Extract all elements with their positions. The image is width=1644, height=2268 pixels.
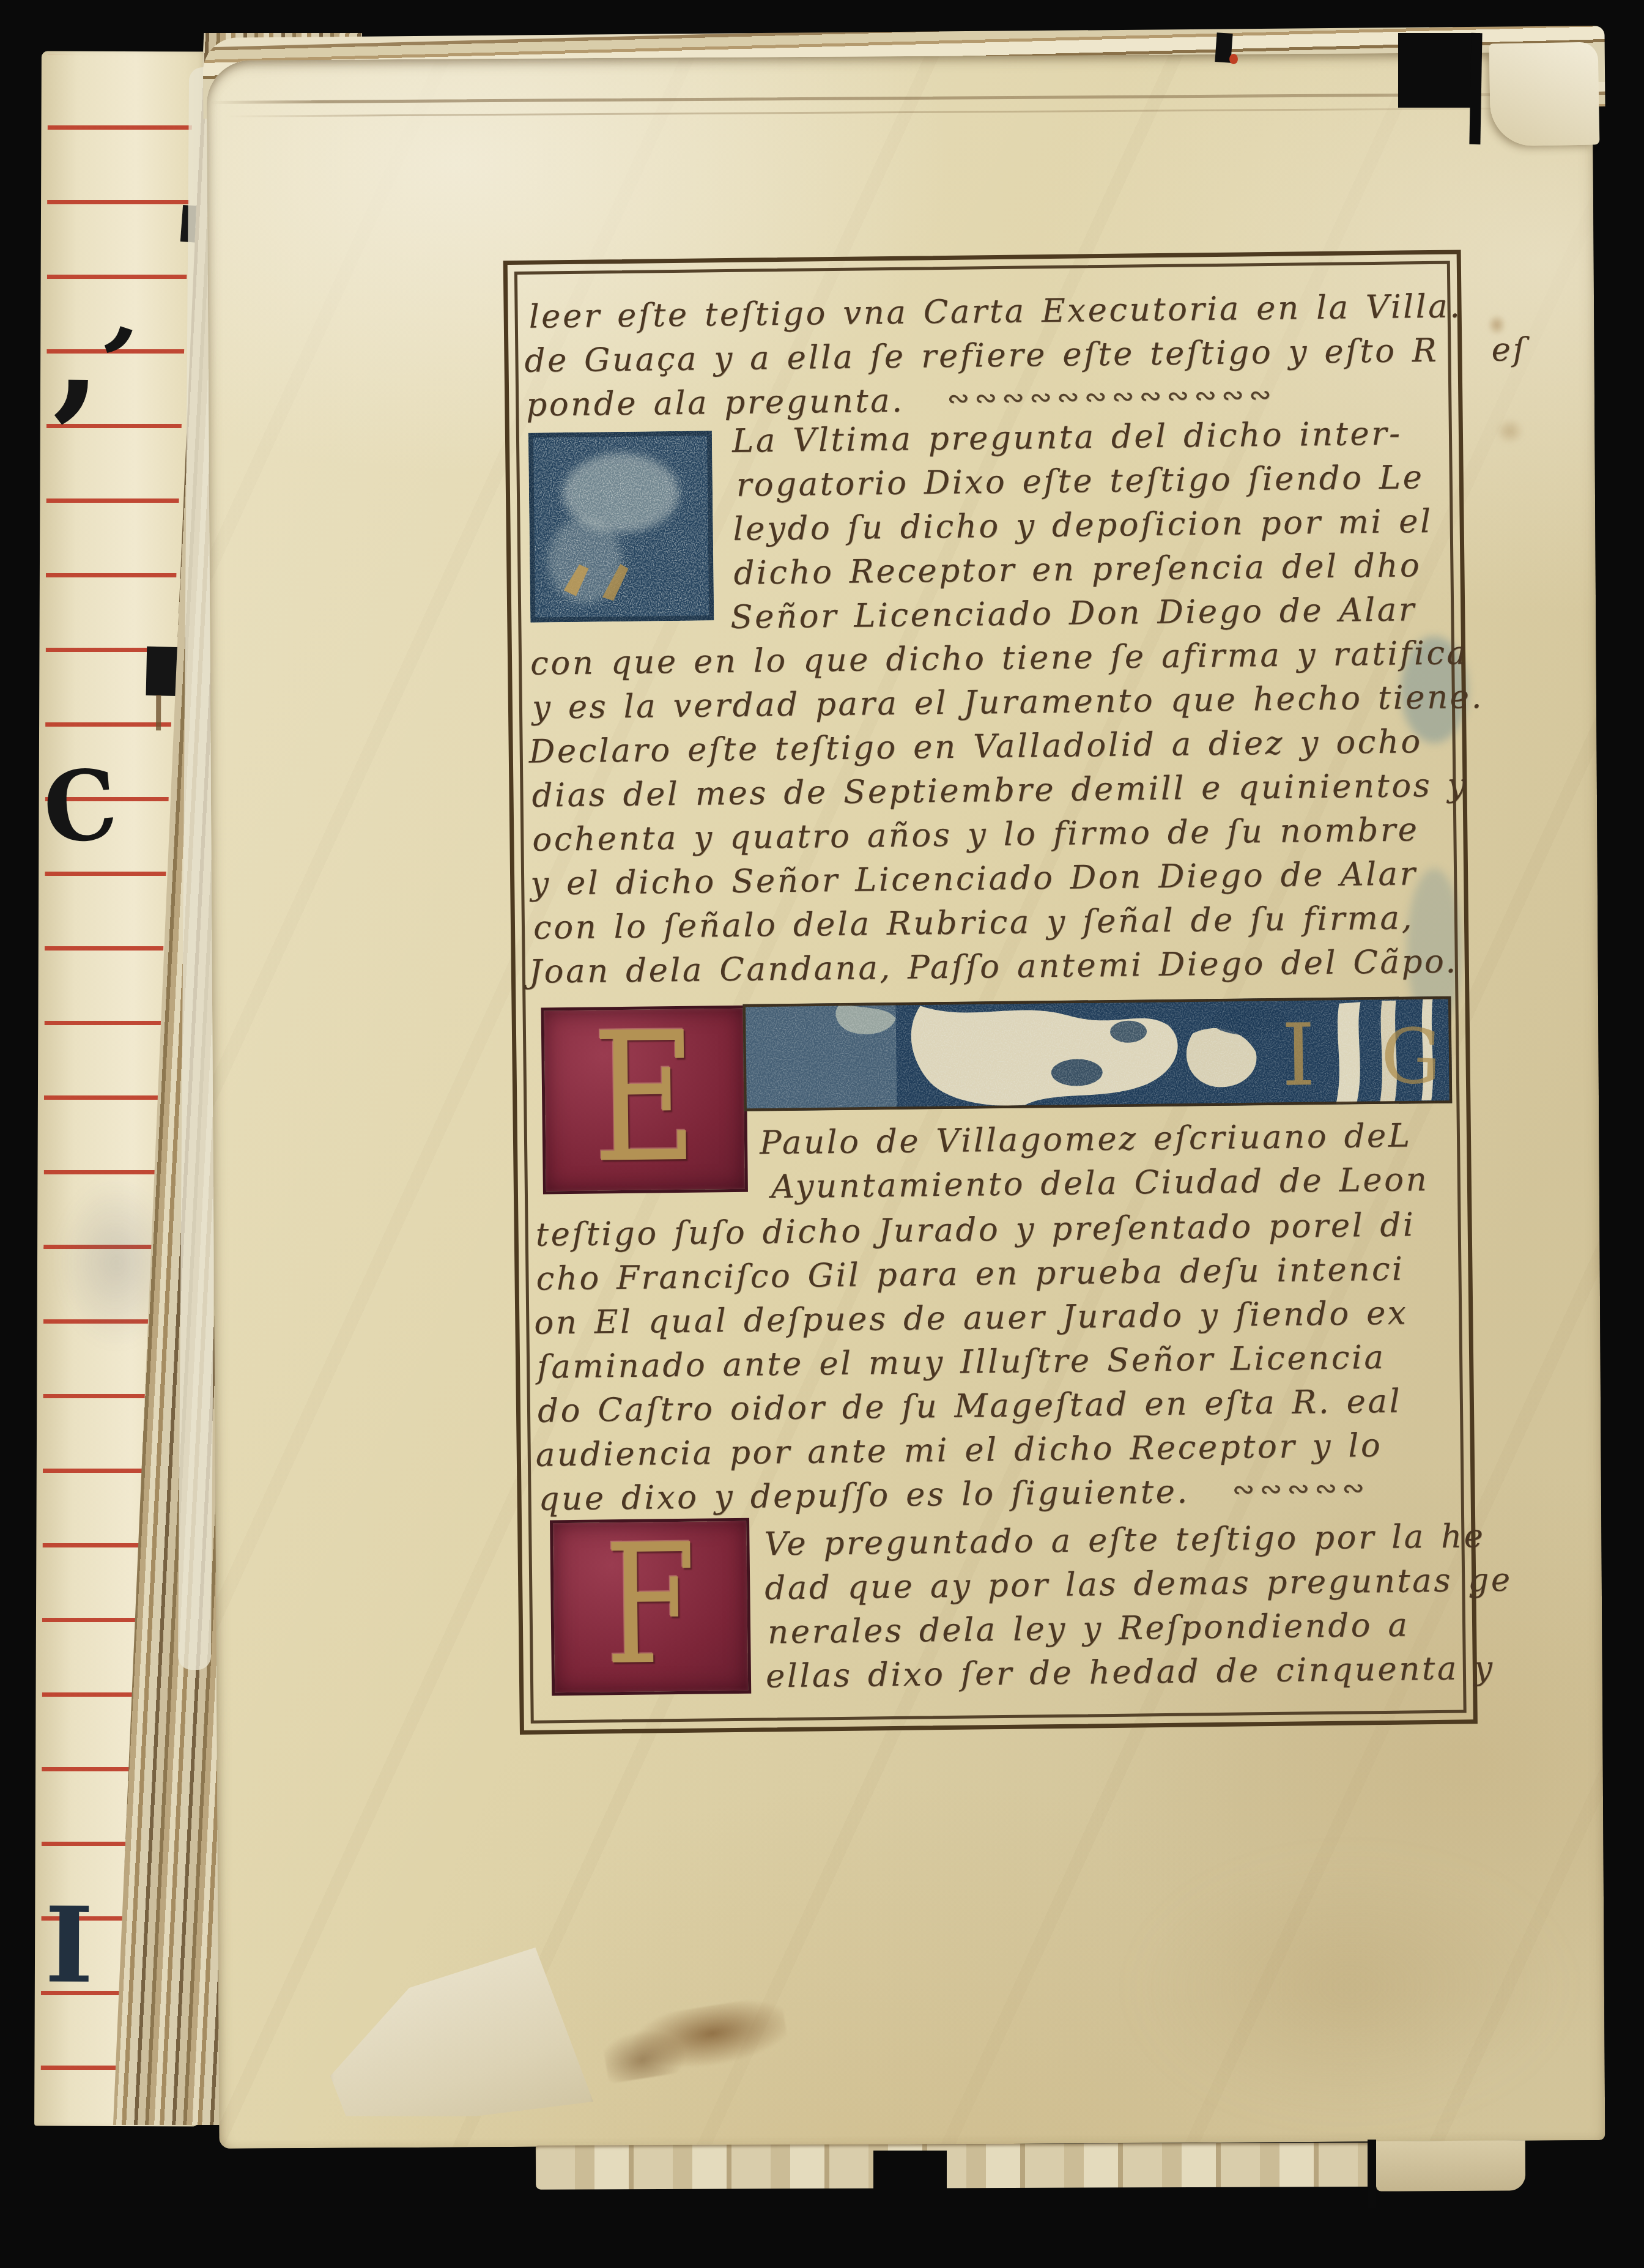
gold-letter-remnant: G	[1379, 1012, 1443, 1102]
manuscript-line: nerales dela ley y Reſpondiendo a	[768, 1606, 1410, 1651]
stain-blob-bottom-right	[1135, 1856, 1565, 2116]
photograph-of-manuscript-opening: , , C I leer eſte teſtigo vna Carta Exec…	[0, 0, 1644, 2268]
manuscript-line: Ayuntamiento dela Ciudad de Leon	[771, 1161, 1429, 1206]
manuscript-line: rogatorio Dixo eſte teſtigo ſiendo Le	[736, 459, 1424, 504]
leaf-edge-bottom-right	[1376, 2140, 1525, 2191]
manuscript-line: Señor Licenciado Don Diego de Alar	[730, 591, 1416, 636]
page-top-crease	[210, 92, 1566, 104]
text-frame: leer eſte teſtigo vna Carta Executoria e…	[503, 250, 1478, 1735]
backdrop-slit-top-right	[1469, 33, 1482, 144]
page-top-crease-2	[225, 108, 1550, 117]
manuscript-line: leydo ſu dicho y depoſicion por mi el	[733, 503, 1433, 548]
illuminated-initial-block-silver	[528, 431, 714, 622]
red-marker-dot	[1229, 54, 1238, 64]
corner-fold-top-right	[1489, 42, 1600, 146]
illuminated-initial-e-field: E	[541, 1006, 748, 1195]
backdrop-gap-top-right	[1398, 33, 1480, 108]
illuminated-initial-f-field: F	[550, 1518, 751, 1696]
fore-edge-stack-bottom	[536, 2142, 1491, 2189]
ink-drip	[156, 695, 161, 730]
pen-flourish: ∾∾∾∾∾	[1189, 1472, 1369, 1505]
letter-fragment: I	[45, 1894, 94, 1998]
initial-e-letter: E	[591, 1008, 698, 1188]
initial-f-letter: F	[604, 1522, 697, 1689]
manuscript-line: Paulo de Villagomez eſcriuano deL	[760, 1117, 1412, 1162]
backdrop-notch-bottom	[873, 2151, 947, 2190]
illuminated-band-damaged: I G	[742, 996, 1452, 1111]
stain-dot-2	[1495, 418, 1524, 444]
c-clef-glyph: C	[40, 755, 120, 858]
gold-letter-remnant: I	[1281, 1006, 1316, 1106]
pen-flourish: ∾∾∾∾∾∾∾∾∾∾∾∾	[904, 379, 1276, 415]
manuscript-line: dicho Receptor en preſencia del dho	[733, 547, 1421, 592]
manuscript-line: La Vltima pregunta del dicho inter-	[732, 415, 1402, 460]
backdrop-slit-bottom	[1368, 2140, 1376, 2208]
chant-flourish-1: ,	[53, 283, 102, 423]
